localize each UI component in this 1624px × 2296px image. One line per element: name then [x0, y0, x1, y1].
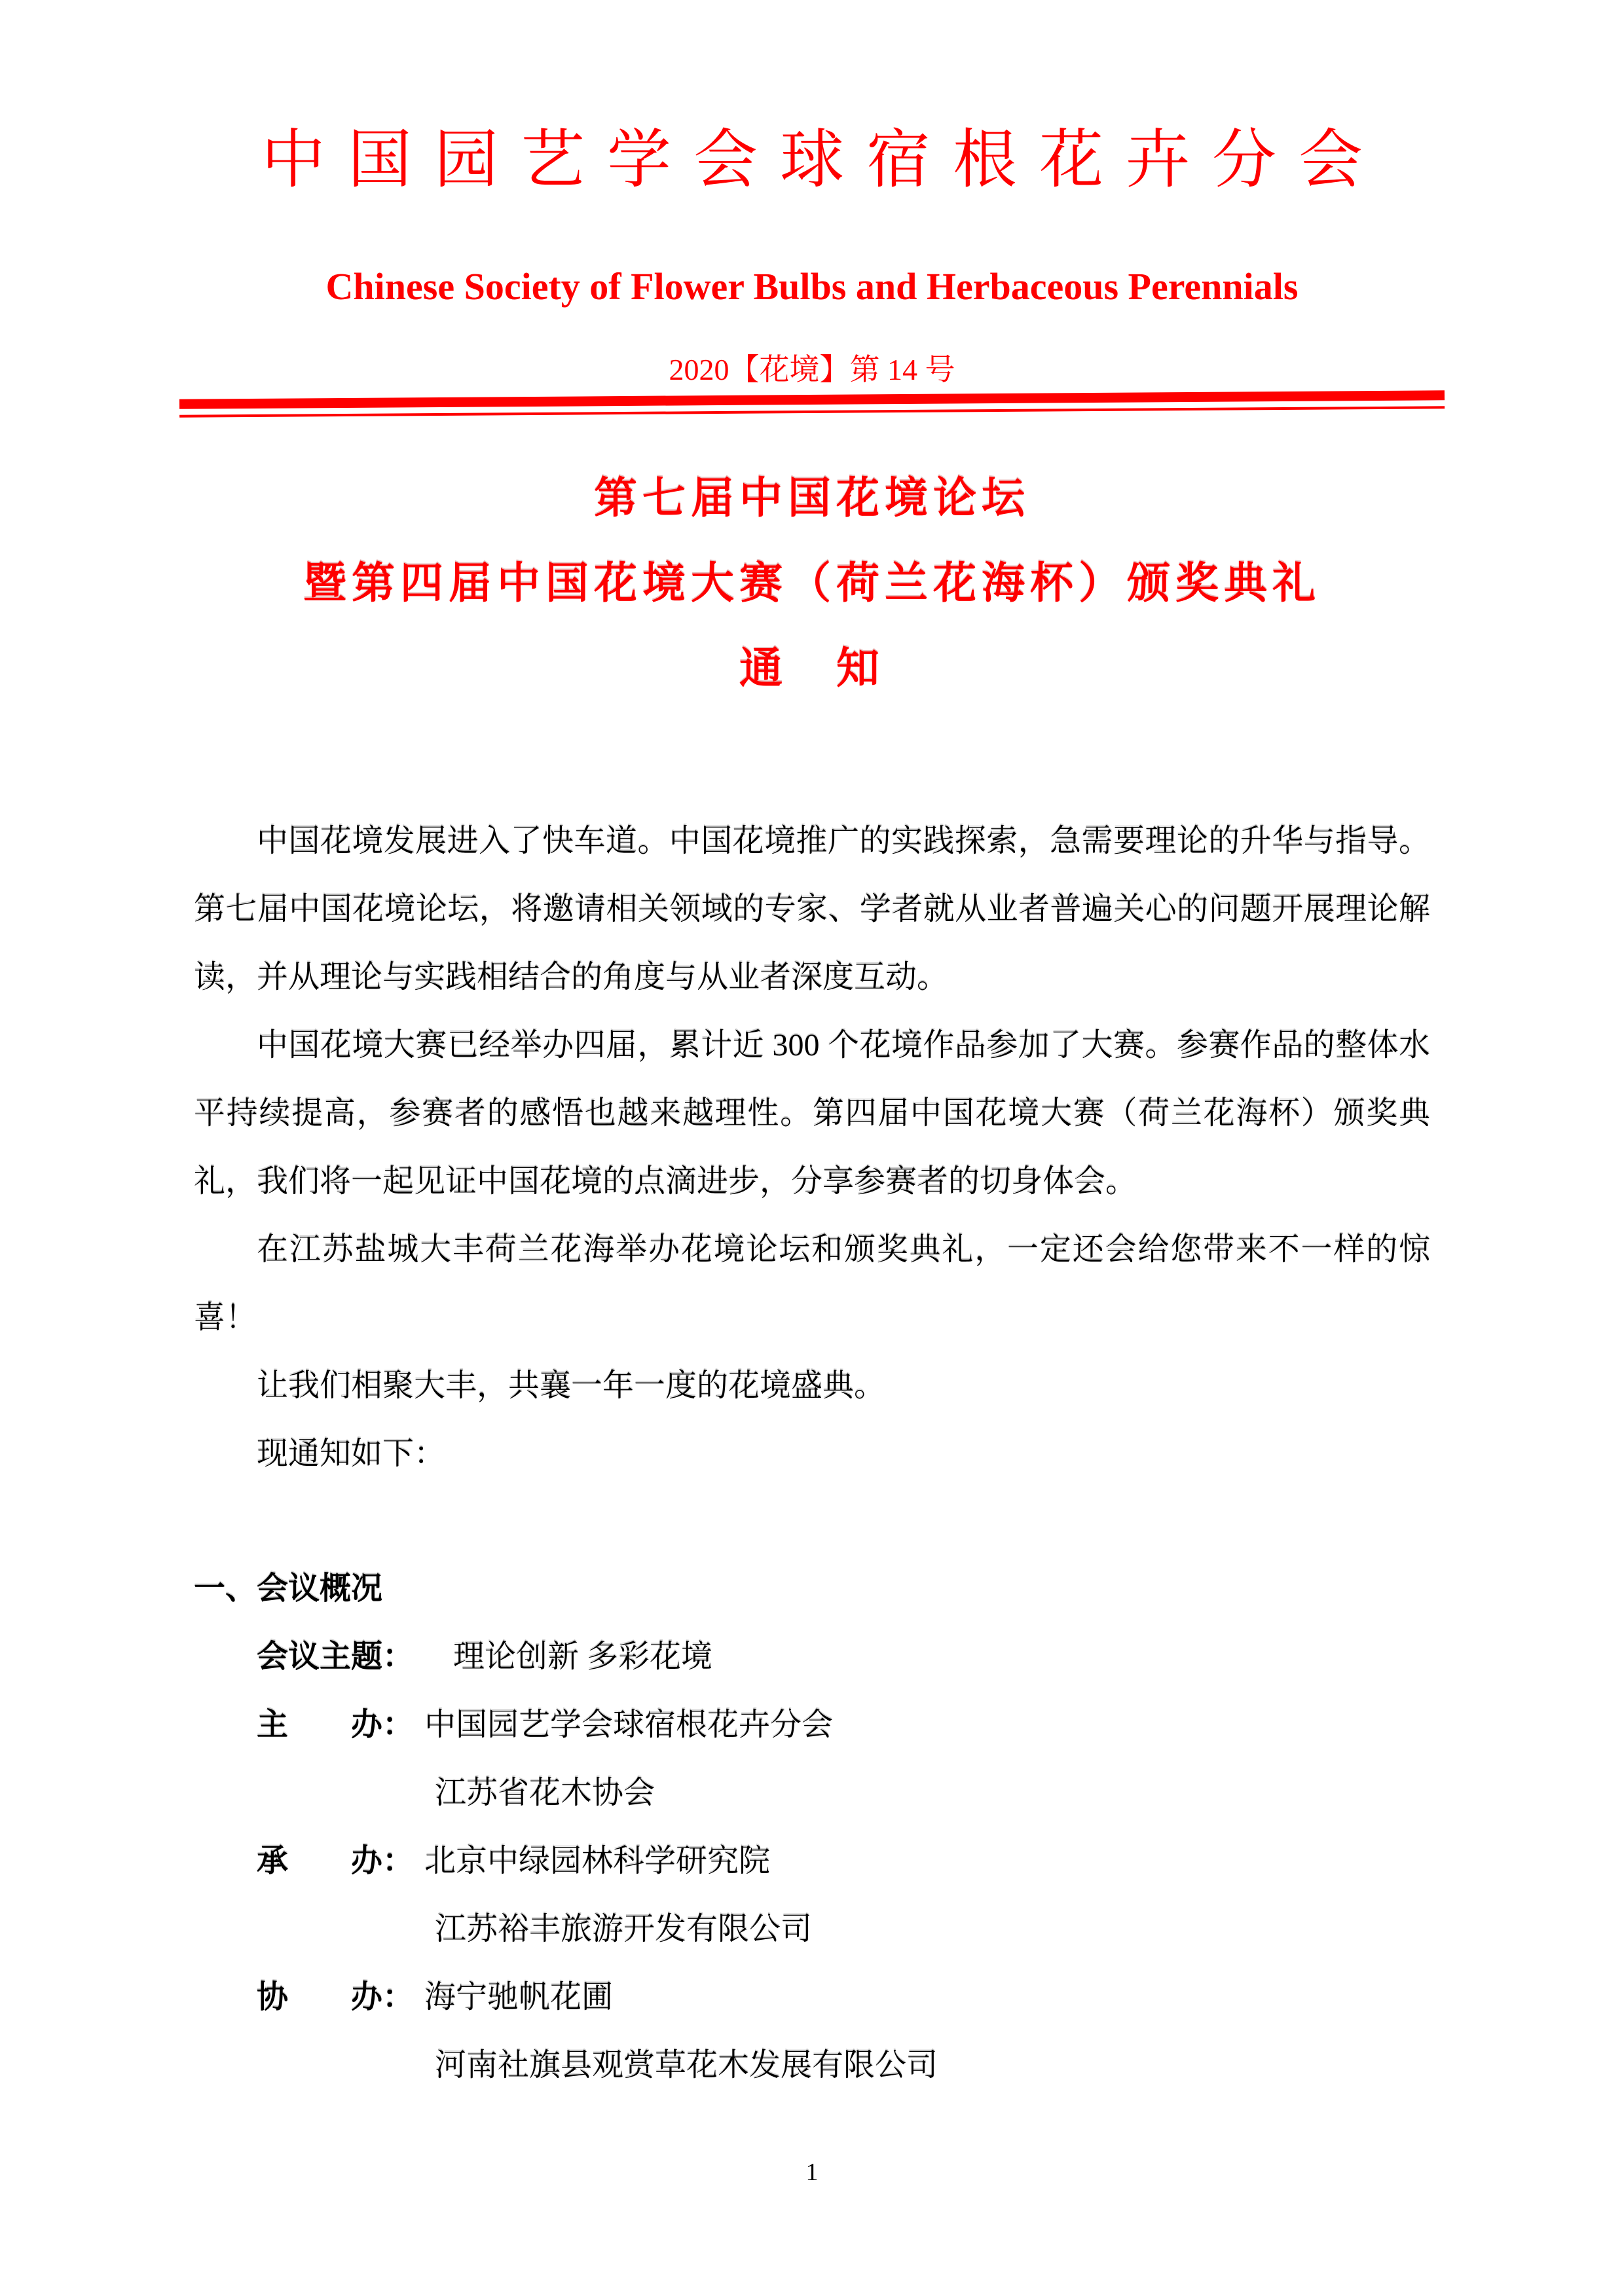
red-double-rule [179, 390, 1445, 417]
item-value: 江苏省花木协会 [435, 1776, 655, 1810]
title-line-1: 第七届中国花境论坛 [194, 455, 1430, 540]
body-paragraph-4: 让我们相聚大丰，共襄一年一度的花境盛典。 [194, 1352, 1430, 1420]
item-label: 主办 [257, 1691, 382, 1759]
section-heading: 一、会议概况 [194, 1555, 1430, 1623]
item-row-theme: 会议主题：理论创新 多彩花境 [194, 1623, 1430, 1691]
body-paragraph-3: 在江苏盐城大丰荷兰花海举办花境论坛和颁奖典礼，一定还会给您带来不一样的惊喜！ [194, 1216, 1430, 1352]
item-value: 河南社旗县观赏草花木发展有限公司 [435, 2048, 938, 2083]
item-row-coorganizer: 协办：海宁驰帆花圃 [194, 1963, 1430, 2032]
item-row-organizer: 承办：北京中绿园林科学研究院 [194, 1827, 1430, 1895]
item-row-organizer-extra: 江苏裕丰旅游开发有限公司 [194, 1895, 1430, 1963]
item-label: 协办 [257, 1963, 382, 2032]
body-paragraph-5: 现通知如下： [194, 1420, 1430, 1488]
org-name-cn: 中国园艺学会球宿根花卉分会 [194, 121, 1430, 200]
document-title: 第七届中国花境论坛 暨第四届中国花境大赛（荷兰花海杯）颁奖典礼 通 知 [194, 455, 1430, 710]
item-value: 北京中绿园林科学研究院 [424, 1844, 770, 1878]
item-value: 海宁驰帆花圃 [424, 1980, 613, 2014]
item-row-coorganizer-extra: 河南社旗县观赏草花木发展有限公司 [194, 2032, 1430, 2100]
body-paragraph-1: 中国花境发展进入了快车道。中国花境推广的实践探索，急需要理论的升华与指导。第七届… [194, 807, 1430, 1011]
doc-number: 2020【花境】第 14 号 [194, 350, 1430, 390]
body-text: 中国花境发展进入了快车道。中国花境推广的实践探索，急需要理论的升华与指导。第七届… [194, 807, 1430, 1488]
item-value: 中国园艺学会球宿根花卉分会 [424, 1707, 833, 1742]
item-row-host: 主办：中国园艺学会球宿根花卉分会 [194, 1691, 1430, 1759]
title-line-3: 通 知 [194, 625, 1430, 710]
document-page: 中国园艺学会球宿根花卉分会 Chinese Society of Flower … [0, 0, 1624, 2296]
item-colon: ： [382, 1707, 414, 1742]
title-line-2: 暨第四届中国花境大赛（荷兰花海杯）颁奖典礼 [194, 540, 1430, 625]
item-colon: ： [382, 1844, 414, 1878]
body-paragraph-2: 中国花境大赛已经举办四届，累计近 300 个花境作品参加了大赛。参赛作品的整体水… [194, 1011, 1430, 1216]
item-label: 会议主题 [257, 1623, 382, 1691]
item-value: 理论创新 多彩花境 [453, 1639, 712, 1674]
item-row-host-extra: 江苏省花木协会 [194, 1759, 1430, 1827]
item-colon: ： [382, 1980, 414, 2014]
item-label: 承办 [257, 1827, 382, 1895]
item-colon: ： [382, 1639, 414, 1674]
page-number: 1 [0, 2158, 1624, 2187]
org-name-en: Chinese Society of Flower Bulbs and Herb… [194, 264, 1430, 310]
item-value: 江苏裕丰旅游开发有限公司 [435, 1912, 812, 1946]
